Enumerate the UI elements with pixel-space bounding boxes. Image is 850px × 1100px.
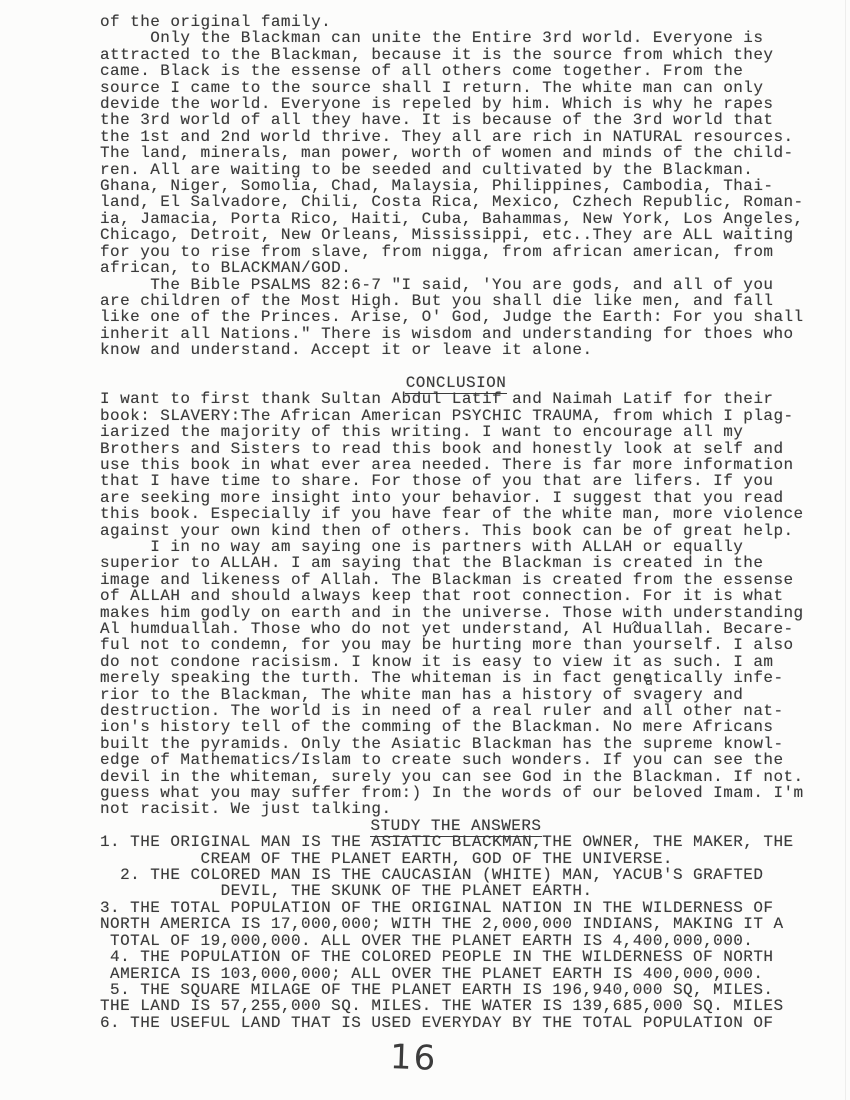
typewritten-text-block: of the original family. Only the Blackma… [100,14,812,1031]
body-section-1: of the original family. Only the Blackma… [100,14,812,359]
conclusion-section: I want to first thank Sultan Abdul Latif… [100,391,812,818]
conclusion-heading: CONCLUSION [100,375,812,391]
answers-section: 1. THE ORIGINAL MAN IS THE ASIATIC BLACK… [100,834,812,1031]
scanned-document-page: of the original family. Only the Blackma… [0,0,850,1100]
handwritten-page-number: 16 [389,1037,438,1079]
study-the-answers-heading: STUDY THE ANSWERS [100,818,812,834]
handwritten-correction-mark: ^ [630,620,640,632]
handwritten-correction-mark: a [645,675,653,688]
scan-edge-artifact [845,0,846,1100]
